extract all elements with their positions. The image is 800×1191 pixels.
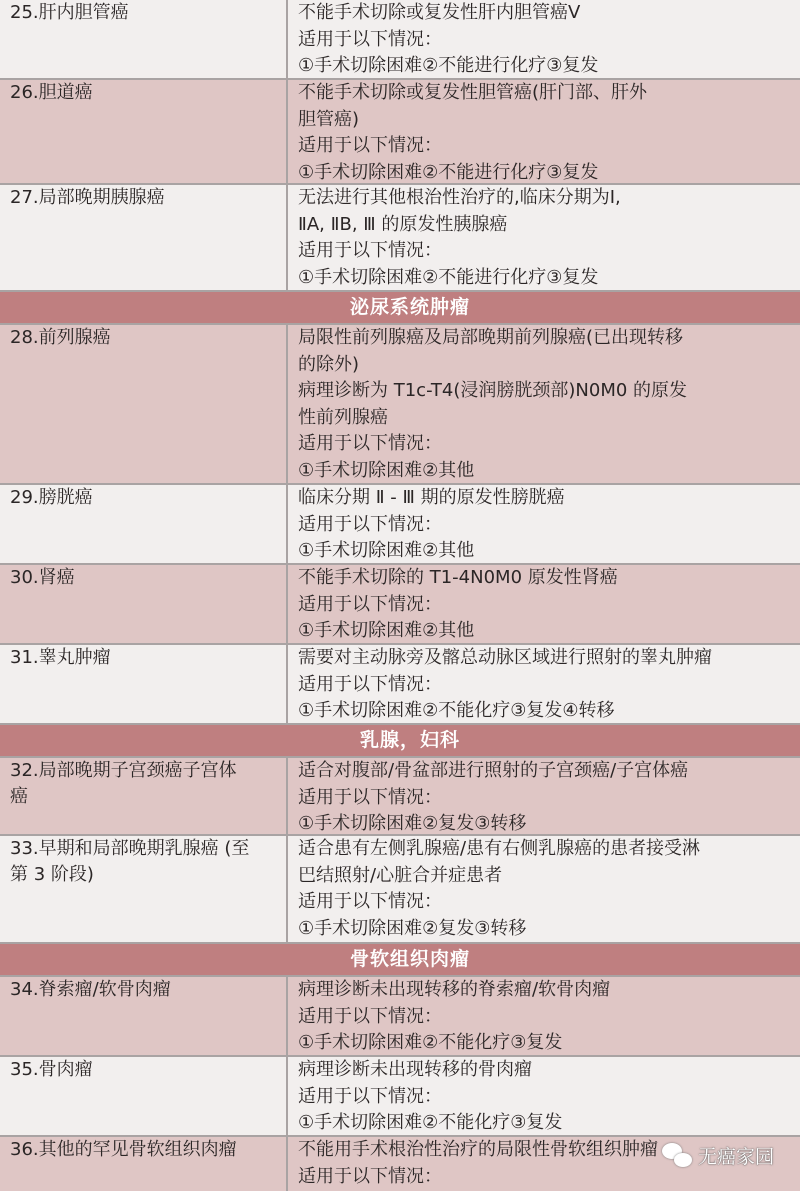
indication-line: ①手术切除困难②不能化疗③复发 <box>298 1030 794 1057</box>
radiotherapy-indications-table: 25.肝内胆管癌 不能手术切除或复发性肝内胆管癌Ⅴ 适用于以下情况： ①手术切除… <box>0 0 800 1191</box>
cancer-type-cell: 27.局部晚期胰腺癌 <box>0 185 288 290</box>
indication-line: 适用于以下情况： <box>298 512 794 539</box>
cancer-type-cell: 33.早期和局部晚期乳腺癌 (至 第 3 阶段) <box>0 836 288 942</box>
indication-line: ①手术切除困难②不能进行化疗③复发 <box>298 265 794 292</box>
cancer-type-cell: 28.前列腺癌 <box>0 325 288 483</box>
indication-line: 不能手术切除或复发性胆管癌(肝门部、肝外 <box>298 80 794 107</box>
table-row: 29.膀胱癌 临床分期 Ⅱ - Ⅲ 期的原发性膀胱癌 适用于以下情况： ①手术切… <box>0 485 800 565</box>
table-row: 35.骨肉瘤 病理诊断未出现转移的骨肉瘤 适用于以下情况： ①手术切除困难②不能… <box>0 1057 800 1137</box>
table-row: 31.睾丸肿瘤 需要对主动脉旁及髂总动脉区域进行照射的睾丸肿瘤 适用于以下情况：… <box>0 645 800 725</box>
indication-line: 胆管癌) <box>298 107 794 134</box>
indication-line: 局限性前列腺癌及局部晚期前列腺癌(已出现转移 <box>298 325 794 352</box>
table-row: 33.早期和局部晚期乳腺癌 (至 第 3 阶段) 适合患有左侧乳腺癌/患有右侧乳… <box>0 836 800 944</box>
indication-line: 适用于以下情况： <box>298 889 794 916</box>
indication-cell: 适合对腹部/骨盆部进行照射的子宫颈癌/子宫体癌 适用于以下情况： ①手术切除困难… <box>288 758 800 834</box>
indication-line: 适用于以下情况： <box>298 592 794 619</box>
indication-line: 适用于以下情况： <box>298 1084 794 1111</box>
indication-cell: 病理诊断未出现转移的脊索瘤/软骨肉瘤 适用于以下情况： ①手术切除困难②不能化疗… <box>288 977 800 1055</box>
table-row: 25.肝内胆管癌 不能手术切除或复发性肝内胆管癌Ⅴ 适用于以下情况： ①手术切除… <box>0 0 800 80</box>
indication-line: ①手术切除困难②不能化疗③复发 <box>298 1110 794 1137</box>
cancer-type-cell: 29.膀胱癌 <box>0 485 288 563</box>
cancer-type-name: 33.早期和局部晚期乳腺癌 (至 <box>10 836 282 862</box>
cancer-type-name: 27.局部晚期胰腺癌 <box>10 185 282 211</box>
indication-line: 适用于以下情况： <box>298 431 794 458</box>
indication-line: 的除外) <box>298 352 794 379</box>
indication-line: 适合患有左侧乳腺癌/患有右侧乳腺癌的患者接受淋 <box>298 836 794 863</box>
indication-line: ①手术切除困难②复发③转移 <box>298 916 794 943</box>
indication-line: 病理诊断为 T1c-T4(浸润膀胱颈部)N0M0 的原发 <box>298 378 794 405</box>
indication-line: 适用于以下情况： <box>298 133 794 160</box>
indication-cell: 病理诊断未出现转移的骨肉瘤 适用于以下情况： ①手术切除困难②不能化疗③复发 <box>288 1057 800 1135</box>
watermark: 无癌家园 <box>662 1142 774 1169</box>
cancer-type-cell: 32.局部晚期子宫颈癌子宫体 癌 <box>0 758 288 834</box>
cancer-type-name: 28.前列腺癌 <box>10 325 282 351</box>
indication-line: 需要对主动脉旁及髂总动脉区域进行照射的睾丸肿瘤 <box>298 645 794 672</box>
cancer-type-name: 第 3 阶段) <box>10 862 282 888</box>
section-header-urinary: 泌尿系统肿瘤 <box>0 292 800 325</box>
indication-line: ①手术切除困难②不能进行化疗③复发 <box>298 160 794 187</box>
indication-line: 巴结照射/心脏合并症患者 <box>298 863 794 890</box>
cancer-type-cell: 25.肝内胆管癌 <box>0 0 288 78</box>
cancer-type-name: 30.肾癌 <box>10 565 282 591</box>
cancer-type-cell: 34.脊索瘤/软骨肉瘤 <box>0 977 288 1055</box>
indication-line: ①手术切除困难②不能进行化疗③复发 <box>298 53 794 80</box>
cancer-type-name: 31.睾丸肿瘤 <box>10 645 282 671</box>
indication-line: 临床分期 Ⅱ - Ⅲ 期的原发性膀胱癌 <box>298 485 794 512</box>
indication-cell: 不能手术切除的 T1-4N0M0 原发性肾癌 适用于以下情况： ①手术切除困难②… <box>288 565 800 643</box>
indication-line: 适用于以下情况： <box>298 1004 794 1031</box>
cancer-type-name: 32.局部晚期子宫颈癌子宫体 <box>10 758 282 784</box>
indication-line: 病理诊断未出现转移的脊索瘤/软骨肉瘤 <box>298 977 794 1004</box>
cancer-type-name: 35.骨肉瘤 <box>10 1057 282 1083</box>
indication-line: ①手术切除困难②复发③转移 <box>298 811 794 838</box>
indication-cell: 需要对主动脉旁及髂总动脉区域进行照射的睾丸肿瘤 适用于以下情况： ①手术切除困难… <box>288 645 800 723</box>
indication-line: 适用于以下情况： <box>298 27 794 54</box>
indication-line: 适合对腹部/骨盆部进行照射的子宫颈癌/子宫体癌 <box>298 758 794 785</box>
cancer-type-cell: 35.骨肉瘤 <box>0 1057 288 1135</box>
cancer-type-name: 25.肝内胆管癌 <box>10 0 282 26</box>
indication-line: 性前列腺癌 <box>298 405 794 432</box>
cancer-type-cell: 36.其他的罕见骨软组织肉瘤 <box>0 1137 288 1191</box>
section-header-bone-soft-tissue: 骨软组织肉瘤 <box>0 944 800 977</box>
indication-line: ①手术切除困难②其他 <box>298 458 794 485</box>
cancer-type-name: 29.膀胱癌 <box>10 485 282 511</box>
indication-line: 不能手术切除或复发性肝内胆管癌Ⅴ <box>298 0 794 27</box>
indication-line: 适用于以下情况： <box>298 238 794 265</box>
indication-line: 适用于以下情况： <box>298 672 794 699</box>
indication-line: 无法进行其他根治性治疗的,临床分期为Ⅰ, <box>298 185 794 212</box>
indication-line: ⅡA, ⅡB, Ⅲ 的原发性胰腺癌 <box>298 212 794 239</box>
table-row: 28.前列腺癌 局限性前列腺癌及局部晚期前列腺癌(已出现转移 的除外) 病理诊断… <box>0 325 800 485</box>
table-row: 32.局部晚期子宫颈癌子宫体 癌 适合对腹部/骨盆部进行照射的子宫颈癌/子宫体癌… <box>0 758 800 836</box>
indication-cell: 临床分期 Ⅱ - Ⅲ 期的原发性膀胱癌 适用于以下情况： ①手术切除困难②其他 <box>288 485 800 563</box>
cancer-type-name: 36.其他的罕见骨软组织肉瘤 <box>10 1137 282 1163</box>
indication-cell: 局限性前列腺癌及局部晚期前列腺癌(已出现转移 的除外) 病理诊断为 T1c-T4… <box>288 325 800 483</box>
indication-line: ①手术切除困难②不能化疗③复发④转移 <box>298 698 794 725</box>
indication-line: ①手术切除困难②其他 <box>298 618 794 645</box>
cancer-type-name: 26.胆道癌 <box>10 80 282 106</box>
wechat-icon <box>662 1143 696 1169</box>
cancer-type-cell: 31.睾丸肿瘤 <box>0 645 288 723</box>
table-row: 27.局部晚期胰腺癌 无法进行其他根治性治疗的,临床分期为Ⅰ, ⅡA, ⅡB, … <box>0 185 800 292</box>
table-row: 26.胆道癌 不能手术切除或复发性胆管癌(肝门部、肝外 胆管癌) 适用于以下情况… <box>0 80 800 185</box>
section-header-breast-gynecology: 乳腺，妇科 <box>0 725 800 758</box>
indication-cell: 适合患有左侧乳腺癌/患有右侧乳腺癌的患者接受淋 巴结照射/心脏合并症患者 适用于… <box>288 836 800 942</box>
indication-cell: 无法进行其他根治性治疗的,临床分期为Ⅰ, ⅡA, ⅡB, Ⅲ 的原发性胰腺癌 适… <box>288 185 800 290</box>
cancer-type-cell: 30.肾癌 <box>0 565 288 643</box>
cancer-type-name: 癌 <box>10 784 282 810</box>
indication-cell: 不能手术切除或复发性胆管癌(肝门部、肝外 胆管癌) 适用于以下情况： ①手术切除… <box>288 80 800 183</box>
cancer-type-cell: 26.胆道癌 <box>0 80 288 183</box>
table-row: 34.脊索瘤/软骨肉瘤 病理诊断未出现转移的脊索瘤/软骨肉瘤 适用于以下情况： … <box>0 977 800 1057</box>
indication-line: ①手术切除困难②其他 <box>298 538 794 565</box>
indication-cell: 不能手术切除或复发性肝内胆管癌Ⅴ 适用于以下情况： ①手术切除困难②不能进行化疗… <box>288 0 800 78</box>
indication-line: 不能手术切除的 T1-4N0M0 原发性肾癌 <box>298 565 794 592</box>
cancer-type-name: 34.脊索瘤/软骨肉瘤 <box>10 977 282 1003</box>
watermark-text: 无癌家园 <box>698 1142 774 1169</box>
table-row: 30.肾癌 不能手术切除的 T1-4N0M0 原发性肾癌 适用于以下情况： ①手… <box>0 565 800 645</box>
indication-line: 病理诊断未出现转移的骨肉瘤 <box>298 1057 794 1084</box>
indication-line: 适用于以下情况： <box>298 785 794 812</box>
